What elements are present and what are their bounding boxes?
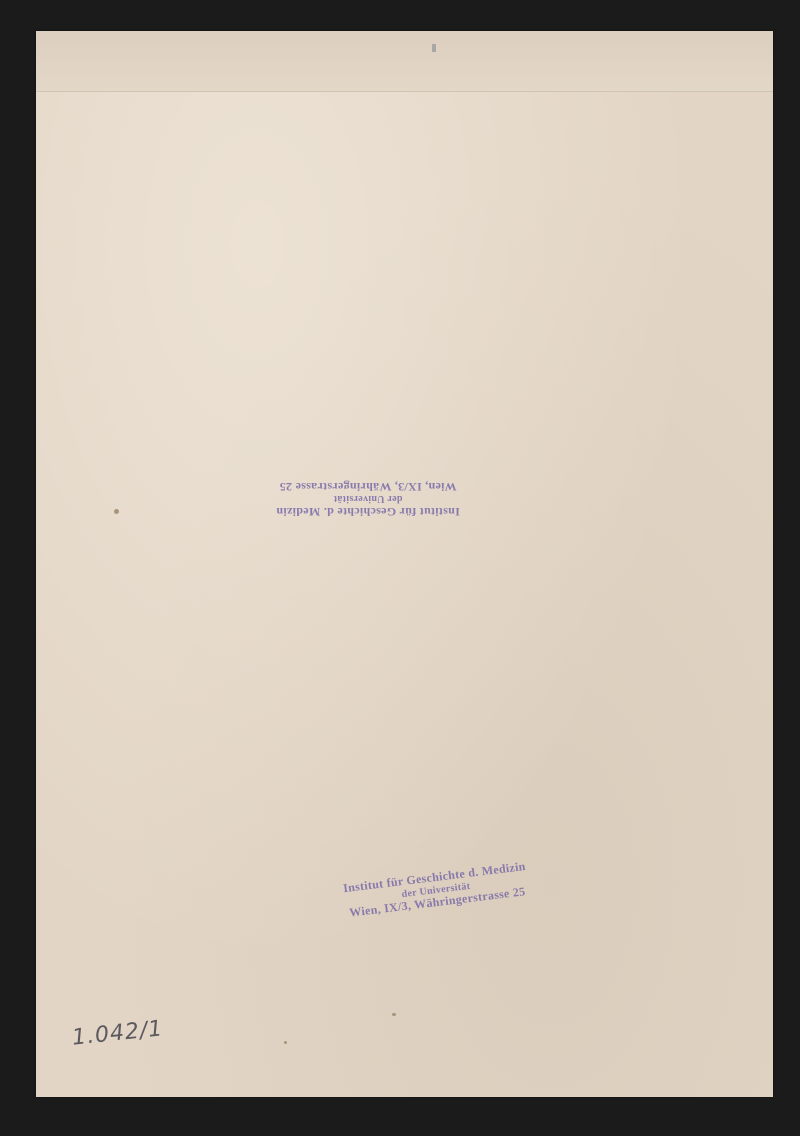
institute-stamp-lower: Institut für Geschichte d. Medizin der U… — [324, 858, 547, 924]
paper-top-band — [36, 31, 773, 92]
stamp-line-university: der Universität — [258, 493, 478, 505]
stamp-line-institute: Institut für Geschichte d. Medizin — [258, 504, 478, 518]
paper-speck — [114, 509, 119, 514]
institute-stamp-upper: Institut für Geschichte d. Medizin der U… — [258, 479, 478, 518]
paper-speck — [392, 1013, 396, 1016]
paper-speck — [284, 1041, 287, 1044]
stamp-line-address: Wien, IX/3, Währingerstrasse 25 — [258, 479, 478, 493]
top-mark — [432, 44, 436, 52]
handwritten-inventory-number: 1.042/1 — [71, 1016, 165, 1050]
paper-sheet: Institut für Geschichte d. Medizin der U… — [36, 31, 773, 1097]
